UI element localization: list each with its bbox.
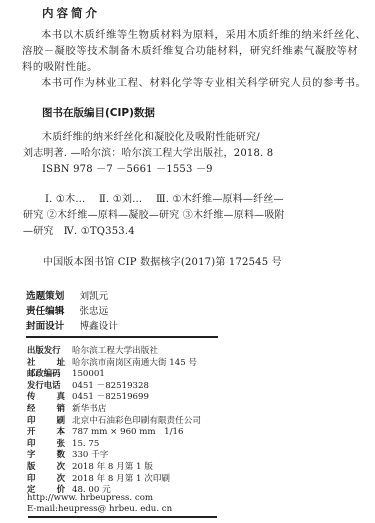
- summary-title: 内容简介: [42, 5, 100, 21]
- editor-row: 封面设计 博鑫设计: [26, 314, 118, 333]
- cip-author-publisher: 刘志明著. —哈尔滨：哈尔滨工程大学出版社，2018. 8: [23, 146, 273, 162]
- imprint-row: 版次2018 年 8 月第 1 版: [27, 458, 201, 470]
- cip-book-title: 木质纤维的纳米纤丝化和凝胶化及吸附性能研究/: [42, 130, 260, 146]
- cip-core-number: 中国版本图书馆 CIP 数据核字(2017)第 172545 号: [43, 255, 282, 271]
- imprint-row: 传真0451 －82519699: [27, 388, 201, 400]
- cip-isbn: ISBN 978 －7 －5661 －1553 －9: [42, 162, 213, 178]
- imprint-row: 印刷北京中石油彩色印刷有限责任公司: [27, 412, 201, 424]
- cip-subject-line: 研究 ②木纤维—原料—凝胶—研究 ③木纤维—原料—吸附: [23, 208, 285, 224]
- imprint-row: 出版发行哈尔滨工程大学出版社: [27, 342, 201, 354]
- cip-subject-line: —研究 Ⅳ. ①TQ353.4: [23, 224, 135, 240]
- bottom-rule-divider: [28, 516, 217, 518]
- email-link[interactable]: E-mail:heupress@ hrbeu. edu. cn: [27, 504, 201, 516]
- website-link[interactable]: http://www. hrbeupress. com: [27, 493, 201, 505]
- imprint-row: 字数330 千字: [27, 446, 201, 458]
- editor-value: 博鑫设计: [79, 321, 117, 332]
- imprint-row: 发行电话0451 －82519328: [27, 377, 201, 389]
- editor-label: 封面设计: [26, 321, 64, 332]
- summary-line: 本书可作为林业工程、材料化学等专业相关科学研究人员的参考书。: [41, 75, 366, 91]
- top-rule-divider: [26, 336, 218, 338]
- imprint-block: 出版发行哈尔滨工程大学出版社 社址哈尔滨市南岗区南通大街 145 号 邮政编码1…: [27, 342, 201, 516]
- imprint-row: 社址哈尔滨市南岗区南通大街 145 号: [27, 354, 201, 366]
- summary-line: 溶胶－凝胶等技术制备木质纤维复合功能材料，研究纤维素气凝胶等材: [22, 43, 358, 59]
- cip-title: 图书在版编目(CIP)数据: [42, 105, 155, 120]
- cip-subject-line: Ⅰ. ①木… Ⅱ. ①刘… Ⅲ. ①木纤维—原料—纤丝—: [45, 192, 284, 208]
- imprint-row: 印次2018 年 8 月第 1 次印刷: [27, 470, 201, 482]
- summary-line: 料的吸附性能。: [22, 59, 98, 75]
- imprint-row: 开本787 mm × 960 mm 1/16: [27, 423, 201, 435]
- summary-line: 本书以木质纤维等生物质材料为原料，采用木质纤维的纳米纤丝化、: [41, 27, 366, 43]
